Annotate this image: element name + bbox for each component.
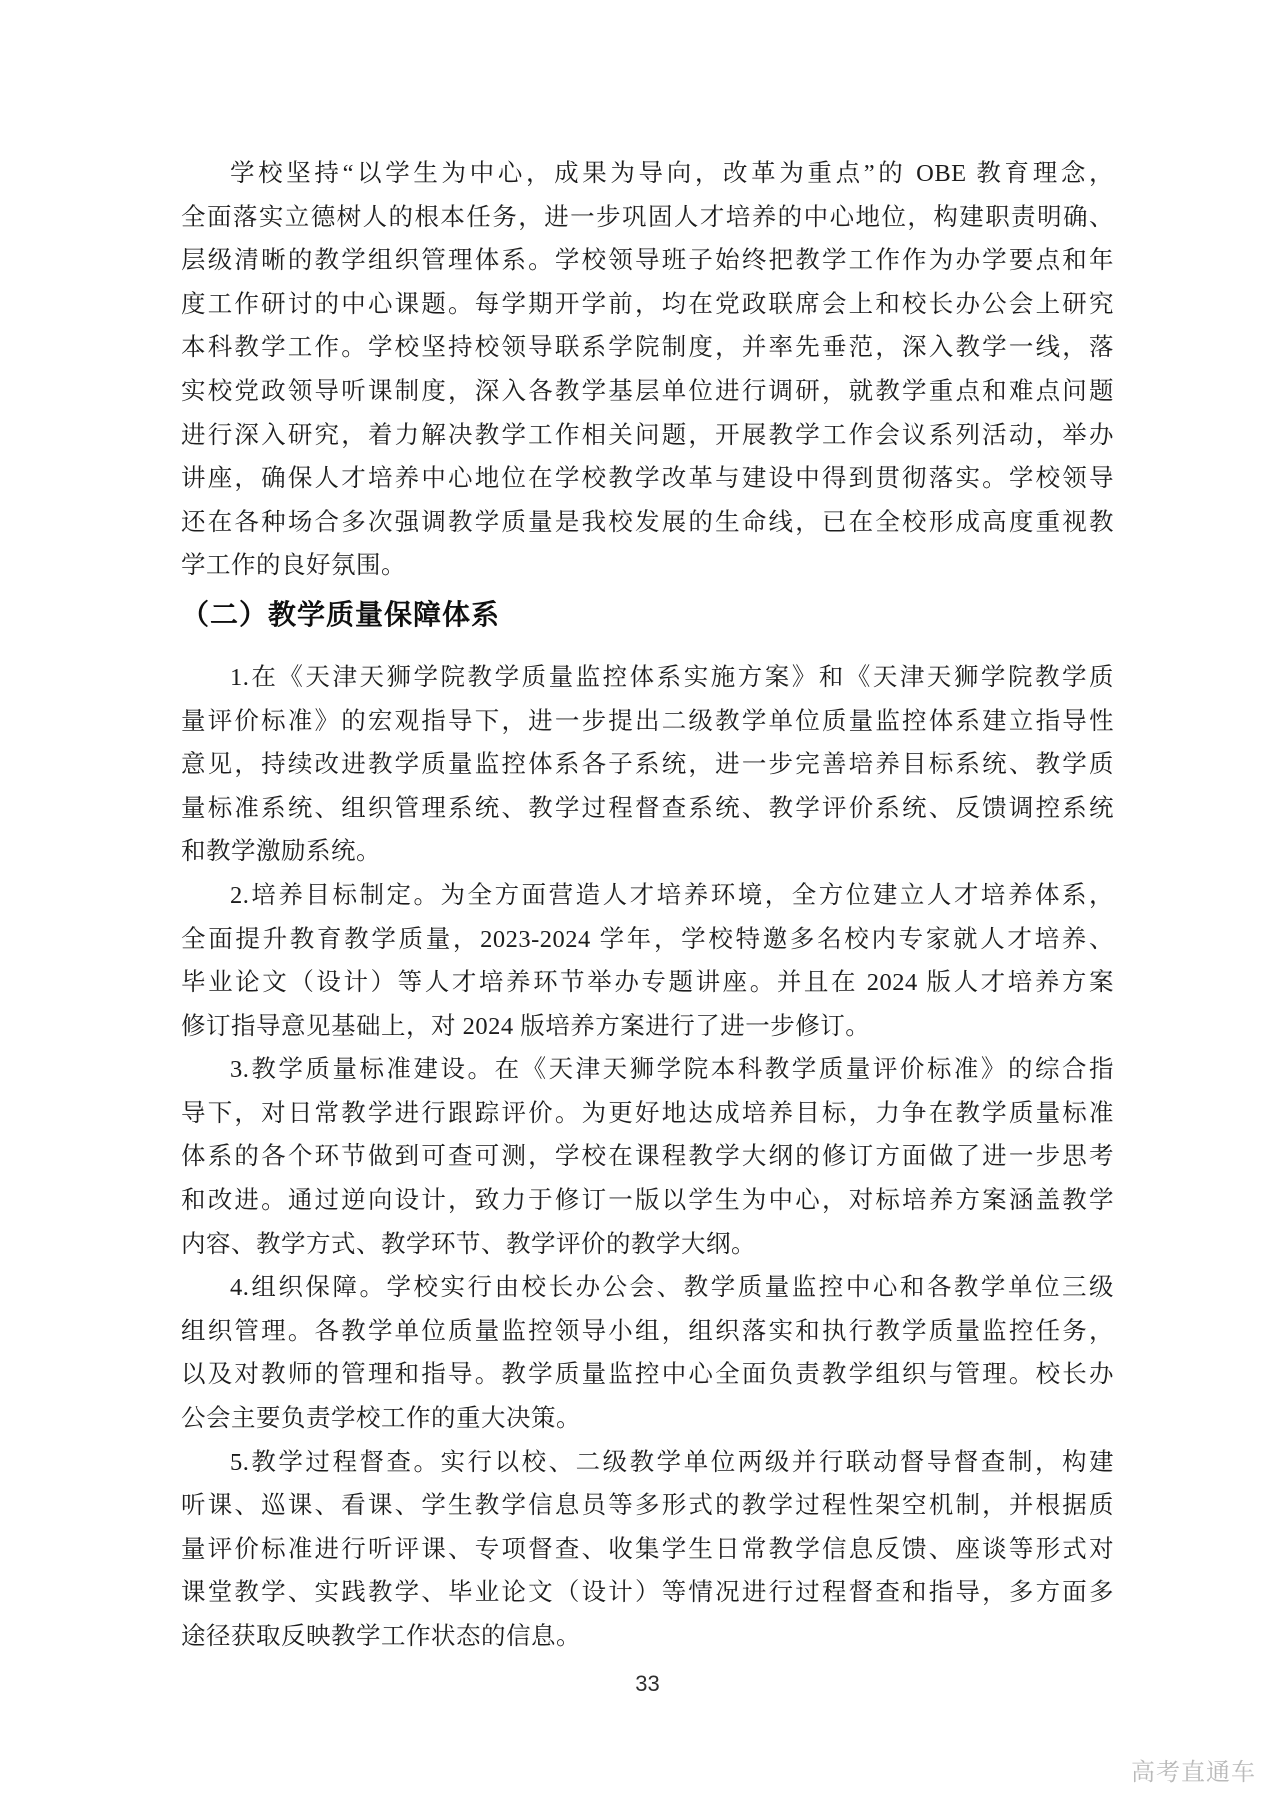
paragraph-item-4: 4.组织保障。学校实行由校长办公会、教学质量监控中心和各教学单位三级 组织管理。… (181, 1266, 1114, 1440)
text-line: 层级清晰的教学组织管理体系。学校领导班子始终把教学工作作为办学要点和年 (181, 239, 1114, 283)
text-line: 课堂教学、实践教学、毕业论文（设计）等情况进行过程督查和指导，多方面多 (181, 1571, 1114, 1615)
intro-paragraph: 学校坚持“以学生为中心，成果为导向，改革为重点”的 OBE 教育理念， 全面落实… (181, 152, 1114, 588)
text-line: 学校坚持“以学生为中心，成果为导向，改革为重点”的 OBE 教育理念， (181, 152, 1114, 196)
text-line: 公会主要负责学校工作的重大决策。 (181, 1397, 1114, 1441)
section-heading: （二）教学质量保障体系 (181, 592, 1114, 638)
page-number: 33 (181, 1671, 1114, 1697)
text-line: 4.组织保障。学校实行由校长办公会、教学质量监控中心和各教学单位三级 (181, 1266, 1114, 1310)
text-line: 意见，持续改进教学质量监控体系各子系统，进一步完善培养目标系统、教学质 (181, 743, 1114, 787)
paragraph-item-3: 3.教学质量标准建设。在《天津天狮学院本科教学质量评价标准》的综合指 导下，对日… (181, 1048, 1114, 1266)
text-line: 量标准系统、组织管理系统、教学过程督查系统、教学评价系统、反馈调控系统 (181, 787, 1114, 831)
text-line: 内容、教学方式、教学环节、教学评价的教学大纲。 (181, 1223, 1114, 1267)
text-line: 和改进。通过逆向设计，致力于修订一版以学生为中心，对标培养方案涵盖教学 (181, 1179, 1114, 1223)
text-line: 讲座，确保人才培养中心地位在学校教学改革与建设中得到贯彻落实。学校领导 (181, 457, 1114, 501)
text-line: 途径获取反映教学工作状态的信息。 (181, 1615, 1114, 1659)
text-line: 全面落实立德树人的根本任务，进一步巩固人才培养的中心地位，构建职责明确、 (181, 196, 1114, 240)
paragraph-item-1: 1.在《天津天狮学院教学质量监控体系实施方案》和《天津天狮学院教学质 量评价标准… (181, 656, 1114, 874)
page-content: 学校坚持“以学生为中心，成果为导向，改革为重点”的 OBE 教育理念， 全面落实… (181, 152, 1114, 1697)
text-line: 组织管理。各教学单位质量监控领导小组，组织落实和执行教学质量监控任务， (181, 1310, 1114, 1354)
text-line: 毕业论文（设计）等人才培养环节举办专题讲座。并且在 2024 版人才培养方案 (181, 961, 1114, 1005)
text-line: 学工作的良好氛围。 (181, 544, 1114, 588)
text-line: 本科教学工作。学校坚持校领导联系学院制度，并率先垂范，深入教学一线，落 (181, 326, 1114, 370)
text-line: 实校党政领导听课制度，深入各教学基层单位进行调研，就教学重点和难点问题 (181, 370, 1114, 414)
text-line: 进行深入研究，着力解决教学工作相关问题，开展教学工作会议系列活动，举办 (181, 414, 1114, 458)
text-line: 全面提升教育教学质量，2023-2024 学年，学校特邀多名校内专家就人才培养、 (181, 918, 1114, 962)
text-line: 导下，对日常教学进行跟踪评价。为更好地达成培养目标，力争在教学质量标准 (181, 1092, 1114, 1136)
text-line: 听课、巡课、看课、学生教学信息员等多形式的教学过程性架空机制，并根据质 (181, 1484, 1114, 1528)
text-line: 2.培养目标制定。为全方面营造人才培养环境，全方位建立人才培养体系， (181, 874, 1114, 918)
paragraph-item-5: 5.教学过程督查。实行以校、二级教学单位两级并行联动督导督查制，构建 听课、巡课… (181, 1441, 1114, 1659)
text-line: 量评价标准》的宏观指导下，进一步提出二级教学单位质量监控体系建立指导性 (181, 700, 1114, 744)
text-line: 和教学激励系统。 (181, 830, 1114, 874)
text-line: 量评价标准进行听评课、专项督查、收集学生日常教学信息反馈、座谈等形式对 (181, 1528, 1114, 1572)
text-line: 3.教学质量标准建设。在《天津天狮学院本科教学质量评价标准》的综合指 (181, 1048, 1114, 1092)
text-line: 1.在《天津天狮学院教学质量监控体系实施方案》和《天津天狮学院教学质 (181, 656, 1114, 700)
text-line: 还在各种场合多次强调教学质量是我校发展的生命线，已在全校形成高度重视教 (181, 501, 1114, 545)
text-line: 修订指导意见基础上，对 2024 版培养方案进行了进一步修订。 (181, 1005, 1114, 1049)
watermark-text: 高考直通车 (1131, 1752, 1256, 1787)
text-line: 以及对教师的管理和指导。教学质量监控中心全面负责教学组织与管理。校长办 (181, 1353, 1114, 1397)
paragraph-item-2: 2.培养目标制定。为全方面营造人才培养环境，全方位建立人才培养体系， 全面提升教… (181, 874, 1114, 1048)
document-page: 学校坚持“以学生为中心，成果为导向，改革为重点”的 OBE 教育理念， 全面落实… (0, 0, 1280, 1810)
text-line: 5.教学过程督查。实行以校、二级教学单位两级并行联动督导督查制，构建 (181, 1441, 1114, 1485)
text-line: 度工作研讨的中心课题。每学期开学前，均在党政联席会上和校长办公会上研究 (181, 283, 1114, 327)
text-line: 体系的各个环节做到可查可测，学校在课程教学大纲的修订方面做了进一步思考 (181, 1135, 1114, 1179)
